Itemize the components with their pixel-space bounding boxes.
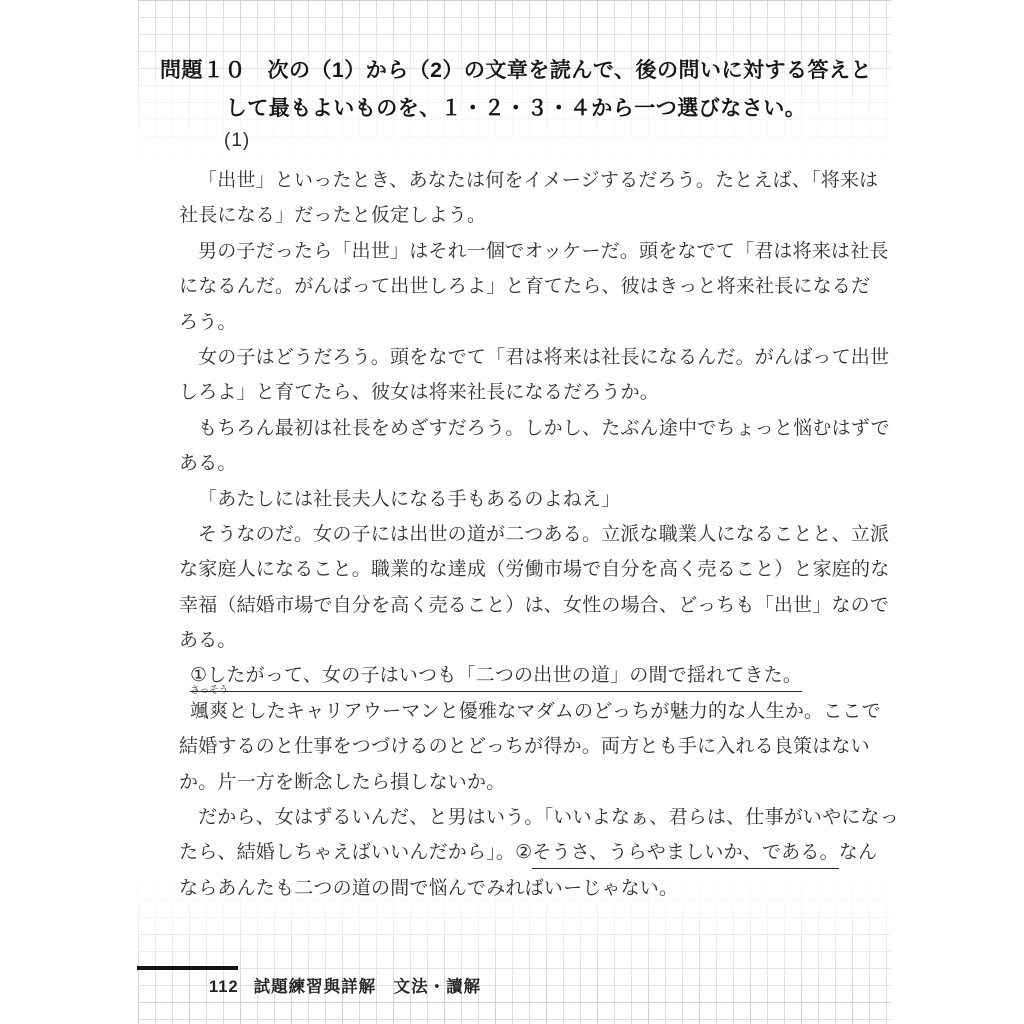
body-line: 幸福（結婚市場で自分を高く売ること）は、女性の場合、どっちも「出世」なので bbox=[179, 588, 869, 623]
page-number: 112 bbox=[209, 978, 239, 997]
text-run: しろよ」と育てたら、彼女は将来社長になるだろうか。 bbox=[179, 382, 659, 403]
body-line: になるんだ。がんばって出世しろよ」と育てたら、彼はきっと将来社長になるだ bbox=[179, 269, 869, 304]
text-run: 結婚するのと仕事をつづけるのとどっちが得か。両方とも手に入れる良策はない bbox=[179, 736, 870, 757]
heading-line-1: 問題１０ 次の（1）から（2）の文章を読んで、後の問いに対する答えと bbox=[140, 52, 892, 90]
text-run: 幸福（結婚市場で自分を高く売ること）は、女性の場合、どっちも「出世」なので bbox=[179, 595, 889, 616]
text-run: そうなのだ。女の子には出世の道が二つある。立派な職業人になることと、立派 bbox=[198, 524, 889, 545]
text-run: としたキャリアウーマンと優雅なマダムのどっちが魅力的な人生か。ここで bbox=[228, 701, 880, 722]
body-line: たら、結婚しちゃえばいいんだから」。②そうさ、うらやましいか、である。なん bbox=[179, 835, 869, 870]
furigana-base: さっそう颯爽 bbox=[190, 694, 228, 729]
text-run: 「あたしには社長夫人になる手もあるのよねえ」 bbox=[198, 489, 620, 510]
body-line: 結婚するのと仕事をつづけるのとどっちが得か。両方とも手に入れる良策はない bbox=[179, 729, 869, 764]
body-line: そうなのだ。女の子には出世の道が二つある。立派な職業人になることと、立派 bbox=[179, 517, 869, 552]
body-line: ある。 bbox=[179, 446, 869, 481]
body-line: しろよ」と育てたら、彼女は将来社長になるだろうか。 bbox=[179, 375, 869, 410]
question-heading: 問題１０ 次の（1）から（2）の文章を読んで、後の問いに対する答えと して最もよ… bbox=[140, 52, 892, 128]
heading-line-2: して最もよいものを、１・２・３・４から一つ選びなさい。 bbox=[140, 90, 892, 128]
text-run: か。片一方を断念したら損しないか。 bbox=[179, 772, 505, 793]
footer-rule bbox=[137, 966, 238, 970]
text-run: たら、結婚しちゃえばいいんだから」。② bbox=[179, 842, 532, 863]
body-line: な家庭人になること。職業的な達成（労働市場で自分を高く売ること）と家庭的な bbox=[179, 552, 869, 587]
text-run: 「出世」といったとき、あなたは何をイメージするだろう。たとえば、「将来は bbox=[198, 170, 878, 191]
text-run: 男の子だったら「出世」はそれ一個でオッケーだ。頭をなでて「君は将来は社長 bbox=[198, 241, 889, 262]
text-run: ならあんたも二つの道の間で悩んでみればいーじゃない。 bbox=[179, 878, 678, 899]
text-run: だから、女はずるいんだ、と男はいう。「いいよなぁ、君らは、仕事がいやになっ bbox=[198, 807, 899, 828]
passage: 「出世」といったとき、あなたは何をイメージするだろう。たとえば、「将来は社長にな… bbox=[179, 163, 869, 906]
body-line: ろう。 bbox=[179, 305, 869, 340]
body-line: だから、女はずるいんだ、と男はいう。「いいよなぁ、君らは、仕事がいやになっ bbox=[179, 800, 869, 835]
text-run: ろう。 bbox=[179, 312, 237, 333]
text-run: な家庭人になること。職業的な達成（労働市場で自分を高く売ること）と家庭的な bbox=[179, 559, 889, 580]
text-run: もちろん最初は社長をめざすだろう。しかし、たぶん途中でちょっと悩むはずで bbox=[198, 418, 890, 439]
body-line: ならあんたも二つの道の間で悩んでみればいーじゃない。 bbox=[179, 871, 869, 906]
body-line: 「あたしには社長夫人になる手もあるのよねえ」 bbox=[179, 482, 869, 517]
body-line: ある。 bbox=[179, 623, 869, 658]
body-line: ①したがって、女の子はいつも「二つの出世の道」の間で揺れてきた。 bbox=[179, 658, 869, 693]
underlined-text: そうさ、うらやましいか、である。 bbox=[532, 842, 838, 869]
text-run: になるんだ。がんばって出世しろよ」と育てたら、彼はきっと将来社長になるだ bbox=[179, 276, 870, 297]
body-line: 社長になる」だったと仮定しよう。 bbox=[179, 198, 869, 233]
underlined-text: ①したがって、女の子はいつも「二つの出世の道」の間で揺れてきた。 bbox=[190, 665, 802, 692]
body-line: もちろん最初は社長をめざすだろう。しかし、たぶん途中でちょっと悩むはずで bbox=[179, 411, 869, 446]
section-label: (1) bbox=[224, 130, 250, 152]
scanned-book-page: 問題１０ 次の（1）から（2）の文章を読んで、後の問いに対する答えと して最もよ… bbox=[0, 0, 1024, 1024]
text-run: 社長になる」だったと仮定しよう。 bbox=[179, 205, 486, 226]
body-line: 「出世」といったとき、あなたは何をイメージするだろう。たとえば、「将来は bbox=[179, 163, 869, 198]
text-run: ある。 bbox=[179, 453, 237, 474]
body-line: か。片一方を断念したら損しないか。 bbox=[179, 765, 869, 800]
text-run: 女の子はどうだろう。頭をなでて「君は将来は社長になるんだ。がんばって出世 bbox=[198, 347, 889, 368]
footer-book-title: 試題練習與詳解 文法・讀解 bbox=[254, 973, 482, 997]
body-line: 男の子だったら「出世」はそれ一個でオッケーだ。頭をなでて「君は将来は社長 bbox=[179, 234, 869, 269]
furigana: さっそう bbox=[190, 686, 228, 696]
body-line: 女の子はどうだろう。頭をなでて「君は将来は社長になるんだ。がんばって出世 bbox=[179, 340, 869, 375]
text-run: ある。 bbox=[179, 630, 237, 651]
text-run: なん bbox=[839, 842, 877, 863]
body-line: さっそう颯爽としたキャリアウーマンと優雅なマダムのどっちが魅力的な人生か。ここで bbox=[179, 694, 869, 729]
page-footer: 112 試題練習與詳解 文法・讀解 bbox=[209, 973, 481, 997]
